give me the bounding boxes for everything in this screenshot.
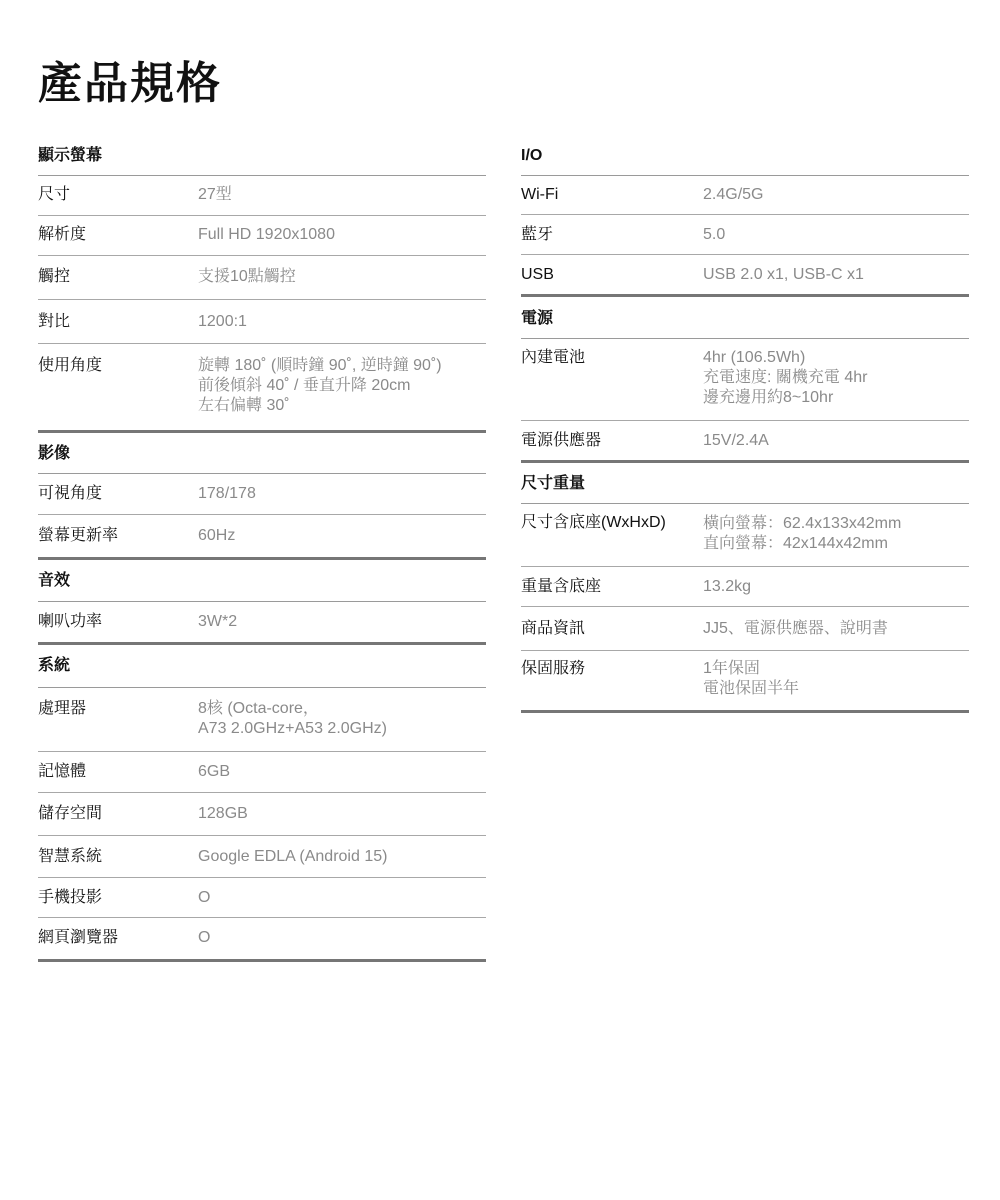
- spec-value: Full HD 1920x1080: [198, 225, 335, 245]
- spec-label: 尺寸含底座(WxHxD): [521, 513, 703, 554]
- spec-label: 觸控: [38, 267, 198, 287]
- spec-row: 電源供應器 15V/2.4A: [521, 421, 969, 463]
- spec-label: Wi-Fi: [521, 185, 703, 205]
- spec-label: 藍牙: [521, 225, 703, 245]
- spec-value: 4hr (106.5Wh) 充電速度: 關機充電 4hr 邊充邊用約8~10hr: [703, 348, 867, 408]
- spec-value: USB 2.0 x1, USB-C x1: [703, 265, 864, 285]
- spec-row: 觸控 支援10點觸控: [38, 256, 486, 300]
- spec-section-image: 影像 可視角度 178/178 螢幕更新率 60Hz: [38, 433, 486, 560]
- spec-label: 尺寸: [38, 185, 198, 205]
- spec-value: 178/178: [198, 484, 256, 504]
- spec-label: USB: [521, 265, 703, 285]
- spec-value: O: [198, 928, 210, 948]
- spec-section-system: 系統 處理器 8核 (Octa-core， A73 2.0GHz+A53 2.0…: [38, 645, 486, 962]
- spec-row: Wi-Fi 2.4G/5G: [521, 176, 969, 215]
- spec-label: 喇叭功率: [38, 612, 198, 632]
- spec-label: 處理器: [38, 699, 198, 739]
- spec-value: 1年保固 電池保固半年: [703, 659, 799, 699]
- spec-value: 5.0: [703, 225, 725, 245]
- spec-value: 8核 (Octa-core， A73 2.0GHz+A53 2.0GHz): [198, 699, 387, 739]
- section-heading: 音效: [38, 560, 486, 602]
- spec-row: 使用角度 旋轉 180˚ (順時鐘 90˚, 逆時鐘 90˚) 前後傾斜 40˚…: [38, 344, 486, 433]
- spec-value: 6GB: [198, 762, 230, 782]
- spec-row: 螢幕更新率 60Hz: [38, 515, 486, 560]
- section-heading: I/O: [521, 137, 969, 176]
- spec-column-left: 顯示螢幕 尺寸 27型 解析度 Full HD 1920x1080 觸控 支援1…: [38, 137, 486, 962]
- spec-section-audio: 音效 喇叭功率 3W*2: [38, 560, 486, 645]
- spec-value: 3W*2: [198, 612, 237, 632]
- spec-row: 保固服務 1年保固 電池保固半年: [521, 651, 969, 713]
- spec-row: 儲存空間 128GB: [38, 793, 486, 836]
- spec-value: 60Hz: [198, 526, 235, 546]
- spec-row: 藍牙 5.0: [521, 215, 969, 255]
- spec-value: 13.2kg: [703, 577, 751, 597]
- spec-label: 保固服務: [521, 659, 703, 699]
- spec-row: 解析度 Full HD 1920x1080: [38, 216, 486, 256]
- spec-value: 旋轉 180˚ (順時鐘 90˚, 逆時鐘 90˚) 前後傾斜 40˚ / 垂直…: [198, 356, 442, 416]
- spec-label: 智慧系統: [38, 847, 198, 867]
- spec-value: 128GB: [198, 804, 248, 824]
- spec-row: 智慧系統 Google EDLA (Android 15): [38, 836, 486, 878]
- spec-label: 螢幕更新率: [38, 526, 198, 546]
- spec-row: USB USB 2.0 x1, USB-C x1: [521, 255, 969, 297]
- spec-label: 網頁瀏覽器: [38, 928, 198, 948]
- section-heading: 電源: [521, 297, 969, 339]
- spec-label: 對比: [38, 312, 198, 332]
- spec-section-display: 顯示螢幕 尺寸 27型 解析度 Full HD 1920x1080 觸控 支援1…: [38, 137, 486, 433]
- spec-row: 記憶體 6GB: [38, 752, 486, 793]
- spec-label: 使用角度: [38, 356, 198, 416]
- spec-row: 對比 1200:1: [38, 300, 486, 344]
- spec-row: 網頁瀏覽器 O: [38, 918, 486, 962]
- spec-value: JJ5、電源供應器、說明書: [703, 619, 888, 639]
- spec-label: 記憶體: [38, 762, 198, 782]
- spec-value: O: [198, 888, 210, 908]
- spec-value: 1200:1: [198, 312, 247, 332]
- spec-label: 內建電池: [521, 348, 703, 408]
- spec-value: 2.4G/5G: [703, 185, 763, 205]
- spec-label: 儲存空間: [38, 804, 198, 824]
- spec-row: 處理器 8核 (Octa-core， A73 2.0GHz+A53 2.0GHz…: [38, 688, 486, 752]
- spec-value: Google EDLA (Android 15): [198, 847, 387, 867]
- section-heading: 尺寸重量: [521, 463, 969, 504]
- spec-value: 支援10點觸控: [198, 267, 296, 287]
- spec-section-power: 電源 內建電池 4hr (106.5Wh) 充電速度: 關機充電 4hr 邊充邊…: [521, 297, 969, 463]
- spec-section-dimensions: 尺寸重量 尺寸含底座(WxHxD) 橫向螢幕：62.4x133x42mm 直向螢…: [521, 463, 969, 713]
- section-heading: 系統: [38, 645, 486, 688]
- spec-row: 商品資訊 JJ5、電源供應器、說明書: [521, 607, 969, 651]
- spec-value: 橫向螢幕：62.4x133x42mm 直向螢幕：42x144x42mm: [703, 514, 901, 554]
- spec-row: 重量含底座 13.2kg: [521, 567, 969, 607]
- spec-row: 尺寸含底座(WxHxD) 橫向螢幕：62.4x133x42mm 直向螢幕：42x…: [521, 504, 969, 567]
- spec-label: 重量含底座: [521, 577, 703, 597]
- spec-row: 喇叭功率 3W*2: [38, 602, 486, 645]
- spec-label: 商品資訊: [521, 619, 703, 639]
- spec-row: 可視角度 178/178: [38, 474, 486, 515]
- section-heading: 影像: [38, 433, 486, 474]
- spec-value: 27型: [198, 185, 232, 205]
- spec-row: 尺寸 27型: [38, 176, 486, 216]
- spec-label: 手機投影: [38, 888, 198, 908]
- page-title: 產品規格: [38, 54, 222, 114]
- spec-label: 可視角度: [38, 484, 198, 504]
- section-heading: 顯示螢幕: [38, 137, 486, 176]
- spec-label: 解析度: [38, 225, 198, 245]
- spec-column-right: I/O Wi-Fi 2.4G/5G 藍牙 5.0 USB USB 2.0 x1,…: [521, 137, 969, 713]
- spec-section-io: I/O Wi-Fi 2.4G/5G 藍牙 5.0 USB USB 2.0 x1,…: [521, 137, 969, 297]
- spec-row: 內建電池 4hr (106.5Wh) 充電速度: 關機充電 4hr 邊充邊用約8…: [521, 339, 969, 421]
- spec-label: 電源供應器: [521, 431, 703, 451]
- spec-row: 手機投影 O: [38, 878, 486, 918]
- spec-value: 15V/2.4A: [703, 431, 769, 451]
